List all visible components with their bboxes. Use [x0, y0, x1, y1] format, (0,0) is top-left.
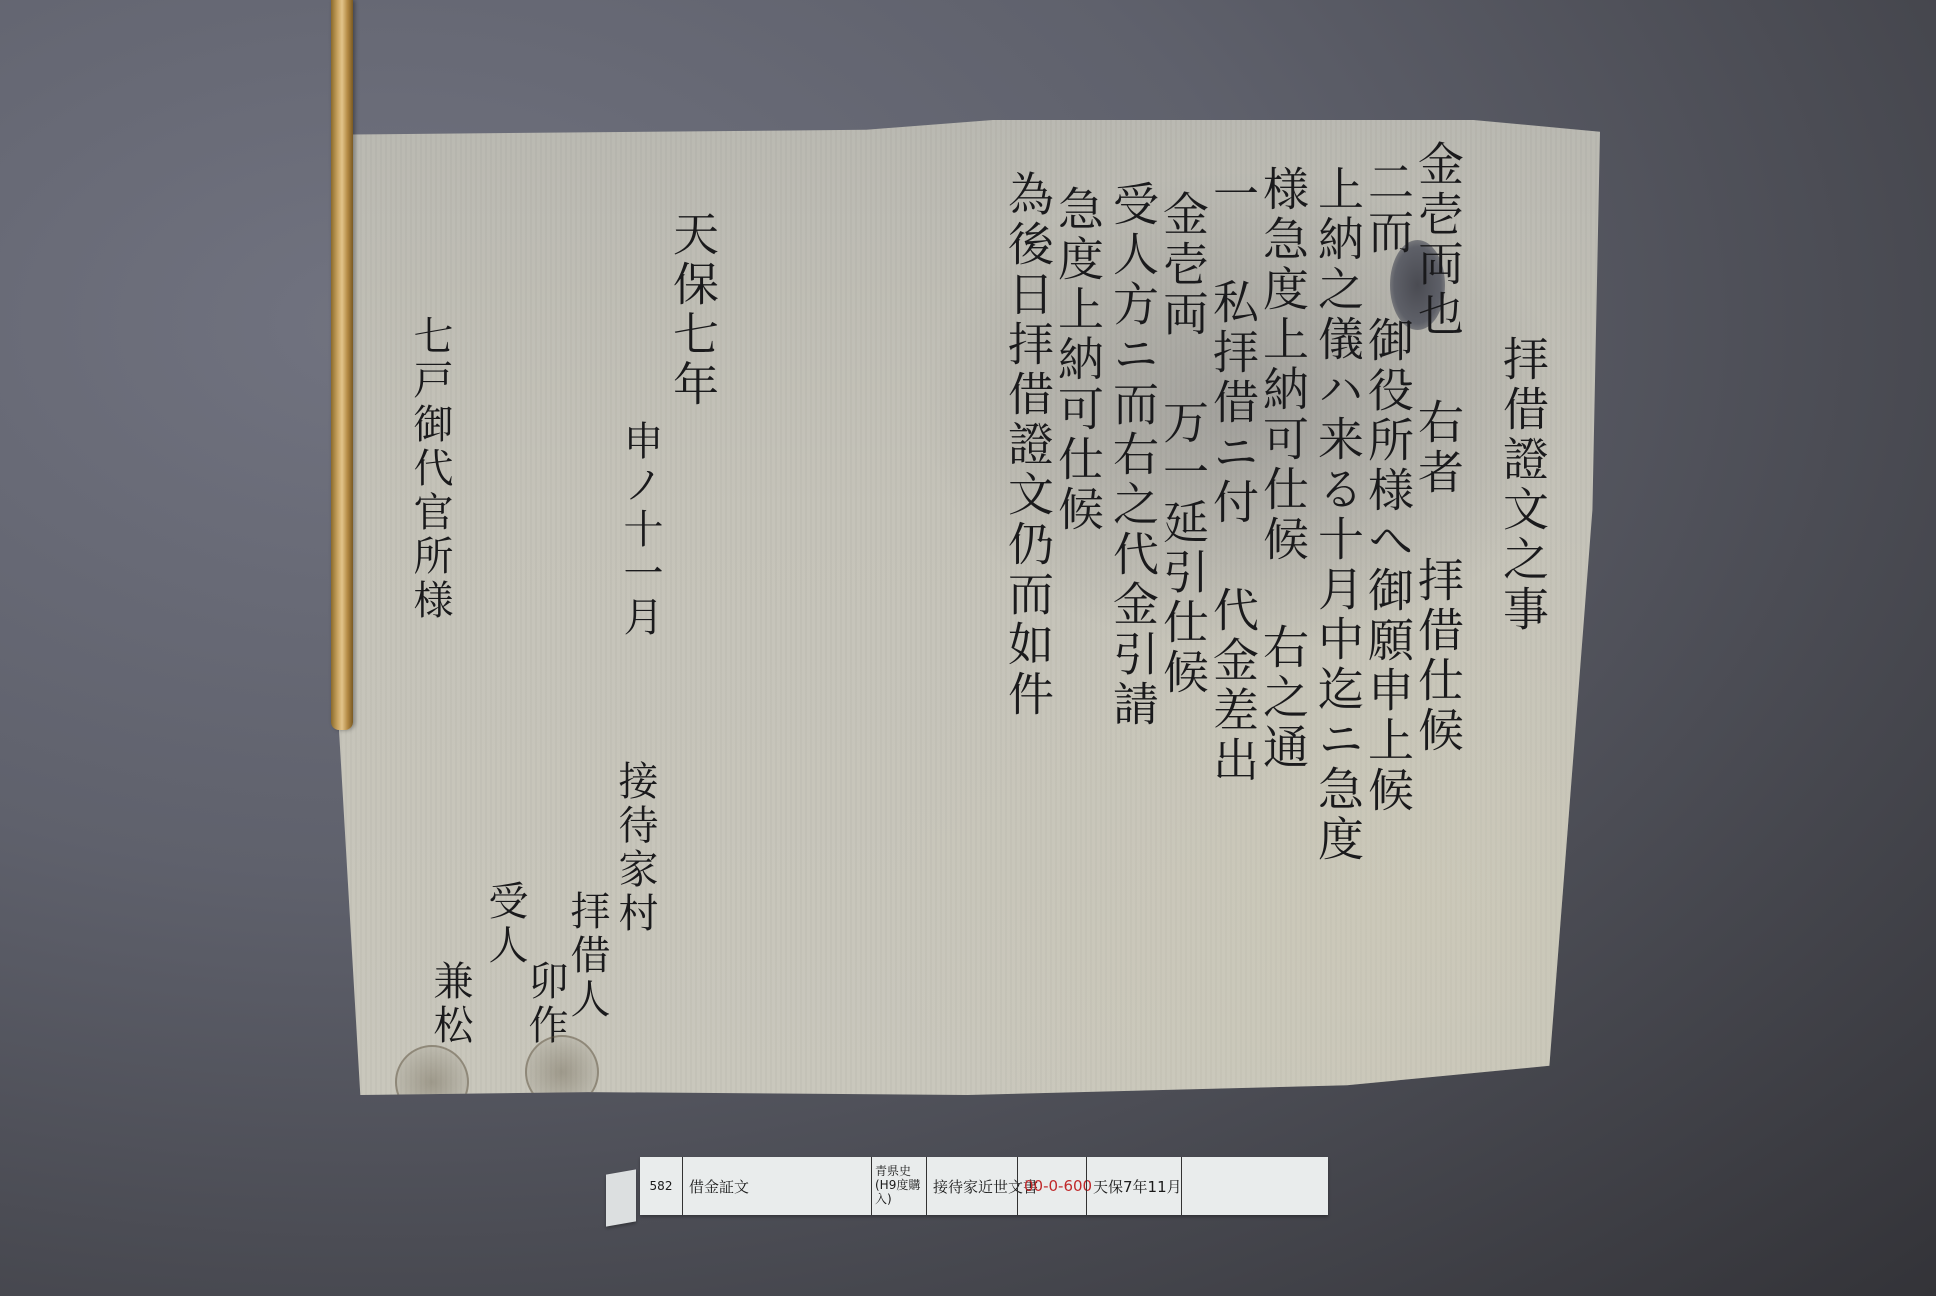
body-column-8: 急度上納可仕候: [1055, 185, 1101, 535]
seal-stamp-borrower: [525, 1035, 599, 1109]
bamboo-rod: [331, 0, 353, 730]
body-column-2: 二而 御役所様へ御願申上候: [1365, 158, 1411, 816]
catalog-label: 582 借金証文 青県史(H9度購入) 接待家近世文書 00-0-600 天保7…: [640, 1157, 1328, 1215]
body-column-9: 為後日拝借證文仍而如件: [1005, 170, 1051, 720]
label-number: 582: [640, 1157, 682, 1215]
addressee: 七戸御代官所様: [410, 315, 450, 623]
body-column-7: 受人方ニ而右之代金引請: [1110, 180, 1156, 730]
body-column-6: 金壱両 万一延引仕候: [1160, 190, 1206, 698]
manuscript-paper: 拝借證文之事 金壱両也 右者 拝借仕候 二而 御役所様へ御願申上候 上納之儀ハ来…: [335, 120, 1600, 1095]
body-column-4: 様急度上納可仕候 右之通: [1260, 165, 1306, 773]
label-code: 00-0-600: [1017, 1157, 1086, 1215]
label-source: 青県史(H9度購入): [871, 1157, 926, 1215]
label-title: 借金証文: [682, 1157, 871, 1215]
document-title: 拝借證文之事: [1500, 335, 1546, 635]
borrower-label: 拝借人: [567, 890, 607, 1022]
label-date: 天保7年11月: [1086, 1157, 1181, 1215]
date-month: 申ノ十一月: [620, 420, 660, 640]
guarantor-label: 受人: [485, 880, 525, 968]
label-fold: [606, 1169, 636, 1226]
body-column-5: 一 私拝借ニ付 代金差出: [1210, 170, 1256, 786]
seal-stamp-guarantor: [395, 1045, 469, 1119]
body-column-3: 上納之儀ハ来る十月中迄ニ急度: [1315, 165, 1361, 865]
body-column-1: 金壱両也 右者 拝借仕候: [1415, 140, 1461, 756]
guarantor-name: 兼松: [430, 960, 470, 1048]
village-name: 接待家村: [615, 760, 655, 936]
label-end-cell: [1181, 1157, 1216, 1215]
label-collection: 接待家近世文書: [926, 1157, 1017, 1215]
date-era-year: 天保七年: [670, 210, 716, 410]
